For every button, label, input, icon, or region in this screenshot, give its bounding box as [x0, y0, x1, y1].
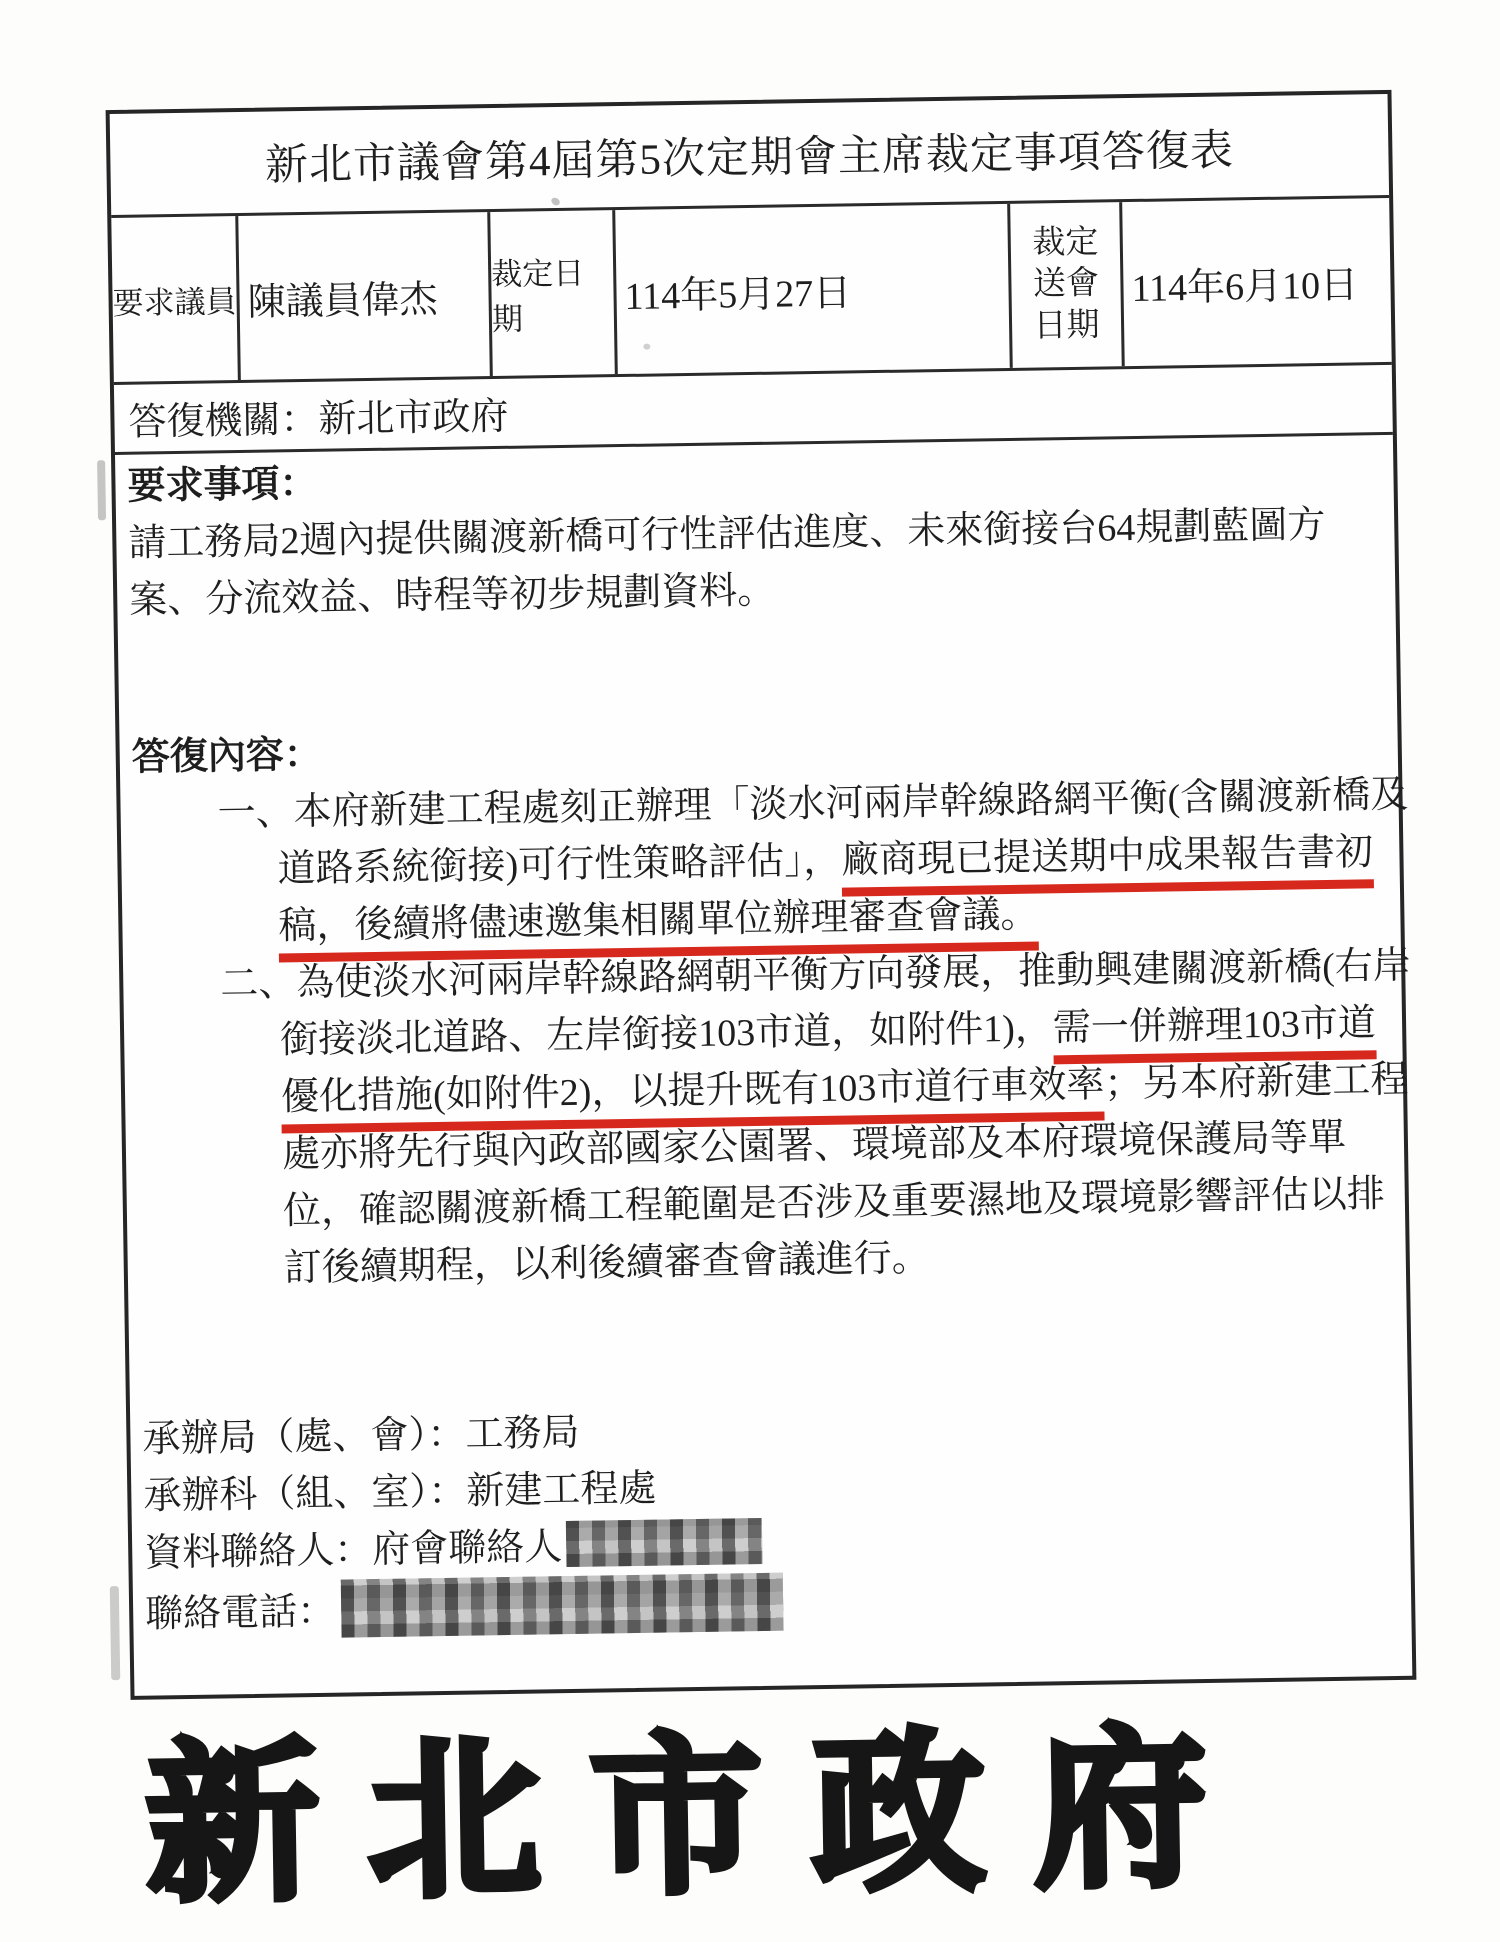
- section-spacer: [130, 610, 1391, 730]
- scanned-sheet: 新北市議會第4屆第5次定期會主席裁定事項答復表 要求議員 陳議員偉杰 裁定日期 …: [0, 0, 1500, 1942]
- redacted-contact-name: [566, 1518, 763, 1567]
- form-title: 新北市議會第4屆第5次定期會主席裁定事項答復表: [264, 116, 1234, 192]
- form-title-row: 新北市議會第4屆第5次定期會主席裁定事項答復表: [110, 94, 1389, 218]
- reply-agency-text: 答復機關：新北市政府: [128, 385, 509, 446]
- contact-phone-label: 聯絡電話：: [145, 1591, 336, 1636]
- government-stamp: 新北市政府: [145, 1720, 1258, 1918]
- requester-label-cell: 要求議員: [111, 216, 241, 382]
- red-underlined-text: 廠商現已提送期中成果報告書初: [841, 831, 1374, 896]
- requester-label: 要求議員: [112, 276, 237, 323]
- ruling-sent-label: 裁定送會日期: [1016, 222, 1115, 347]
- contact-person-label: 資料聯絡人：府會聯絡人: [144, 1526, 563, 1575]
- ruling-sent-value: 114年6月10日: [1131, 253, 1358, 312]
- requester-value: 陳議員偉杰: [247, 267, 438, 325]
- reply-form-table: 新北市議會第4屆第5次定期會主席裁定事項答復表 要求議員 陳議員偉杰 裁定日期 …: [106, 90, 1417, 1700]
- redacted-phone-number: [341, 1573, 784, 1638]
- ruling-date-value: 114年5月27日: [624, 261, 851, 320]
- ruling-sent-value-cell: 114年6月10日: [1122, 198, 1392, 366]
- main-content-cell: 要求事項： 請工務局2週內提供關渡新橋可行性評估進度、未來銜接台64規劃藍圖方 …: [115, 435, 1412, 1696]
- ruling-sent-label-cell: 裁定送會日期: [1010, 202, 1125, 368]
- scan-smudge: [110, 1586, 120, 1680]
- info-row: 要求議員 陳議員偉杰 裁定日期 114年5月27日 裁定送會日期 114年6月1…: [111, 198, 1391, 385]
- scan-speck: [643, 344, 650, 350]
- requester-value-cell: 陳議員偉杰: [238, 212, 493, 380]
- ruling-date-label-cell: 裁定日期: [490, 210, 618, 376]
- section-spacer: [140, 1280, 1402, 1412]
- scan-smudge: [97, 460, 106, 520]
- ruling-date-label: 裁定日期: [491, 247, 614, 339]
- ruling-date-value-cell: 114年5月27日: [615, 204, 1013, 374]
